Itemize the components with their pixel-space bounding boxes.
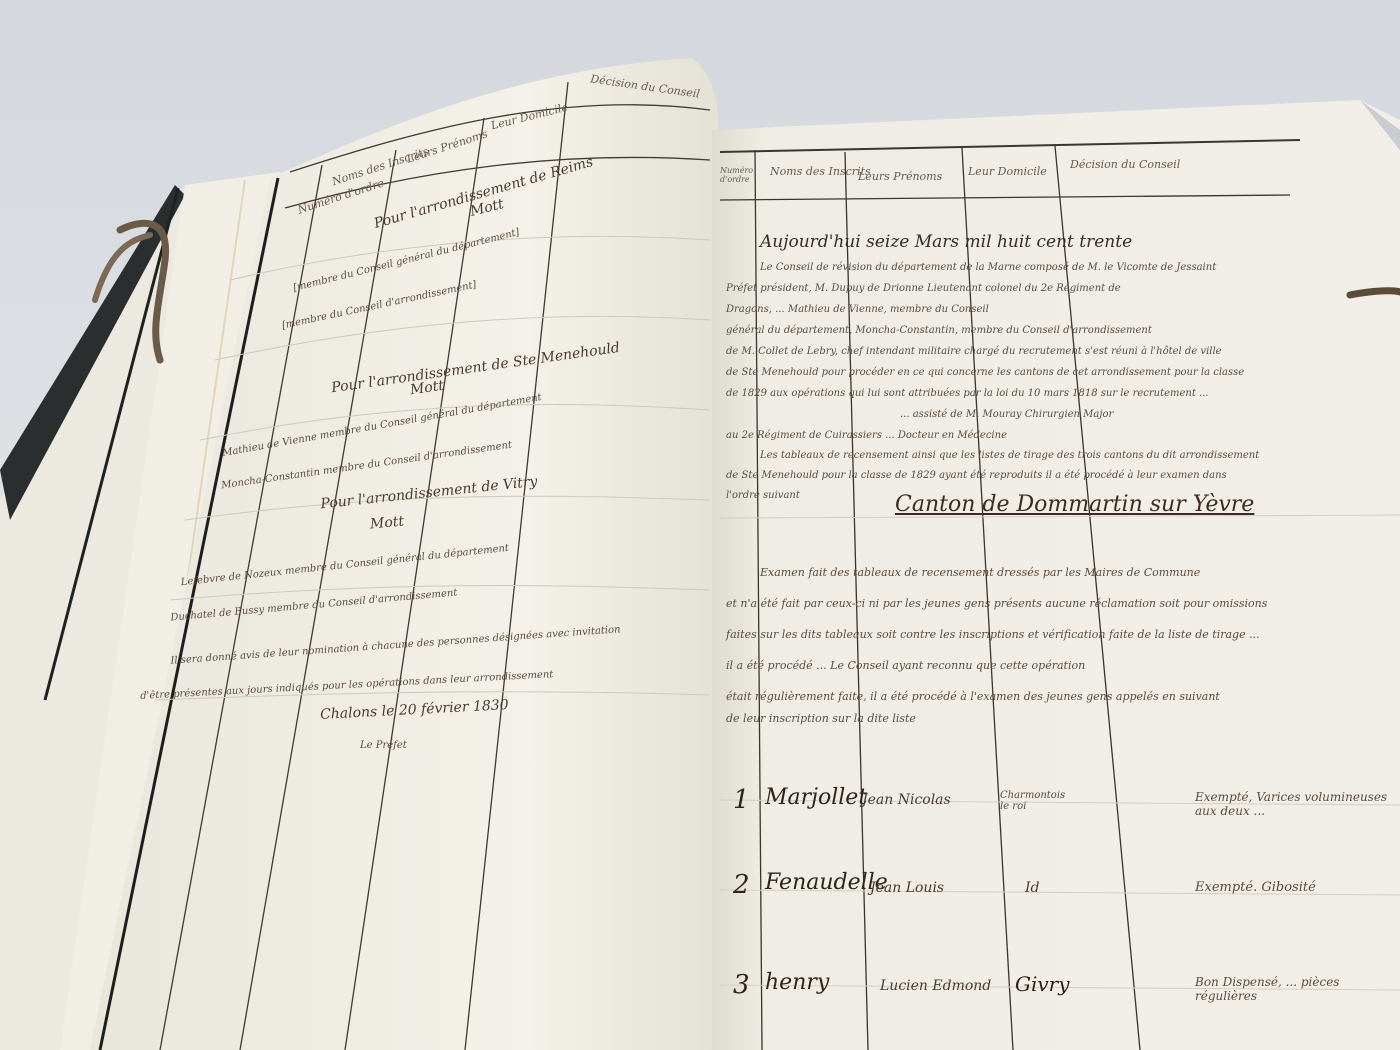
entry-prenoms: Lucien Edmond [880, 978, 991, 994]
entry-domicile: Givry [1015, 972, 1070, 996]
exam-line: était régulièrement faite, il a été proc… [726, 690, 1220, 703]
intro-line: général du département, Moncha-Constanti… [726, 325, 1152, 336]
intro-line: l'ordre suivant [726, 490, 800, 501]
intro-line: de Ste Menehould pour la classe de 1829 … [726, 470, 1227, 481]
book-illustration [0, 0, 1400, 1050]
entry-decision: Bon Dispensé, ... pièces régulières [1195, 975, 1400, 1003]
exam-line: il a été procédé ... Le Conseil ayant re… [726, 659, 1085, 672]
right-header-numero: Numéro d'ordre [720, 166, 754, 184]
right-header-noms: Noms des Inscrits [770, 165, 871, 178]
exam-line: et n'a été fait par ceux-ci ni par les j… [726, 597, 1267, 610]
left-signature: Le Préfet [360, 740, 407, 751]
intro-line: Les tableaux de recensement ainsi que le… [760, 450, 1259, 461]
photo-scene: Numéro d'ordre Noms des Inscrits Leurs P… [0, 0, 1400, 1050]
intro-line: Dragons, ... Mathieu de Vienne, membre d… [726, 304, 989, 315]
intro-line: de 1829 aux opérations qui lui sont attr… [726, 388, 1209, 399]
intro-line: de Ste Menehould pour procéder en ce qui… [726, 367, 1244, 378]
entry-decision: Exempté. Gibosité [1195, 880, 1316, 895]
entry-nom: henry [765, 970, 829, 995]
intro-line: Le Conseil de révision du département de… [760, 262, 1216, 273]
entry-domicile: Id [1025, 880, 1040, 896]
entry-nom: Marjollet [765, 785, 867, 810]
exam-line: Examen fait des tableaux de recensement … [760, 566, 1200, 579]
intro-line: Préfet président, M. Dupuy de Drionne Li… [726, 283, 1121, 294]
entry-number: 2 [733, 870, 750, 900]
intro-line: de M. Collet de Lebry, chef intendant mi… [726, 346, 1222, 357]
exam-line: de leur inscription sur la dite liste [726, 712, 916, 725]
canton-heading: Canton de Dommartin sur Yèvre [895, 492, 1254, 517]
entry-domicile: Charmontois le roi [1000, 790, 1060, 812]
right-header-domicile: Leur Domicile [968, 165, 1047, 178]
entry-prenoms: Jean Nicolas [862, 792, 951, 808]
exam-line: faites sur les dits tableaux soit contre… [726, 628, 1260, 641]
intro-line: au 2e Régiment de Cuirassiers ... Docteu… [726, 430, 1007, 441]
right-header-prenoms: Leurs Prénoms [858, 170, 942, 183]
entry-prenoms: Jean Louis [870, 880, 944, 896]
left-line: Mott [369, 514, 404, 533]
entry-decision: Exempté, Varices volumineuses aux deux .… [1195, 790, 1400, 818]
entry-number: 3 [733, 970, 750, 1000]
entry-number: 1 [733, 785, 750, 815]
intro-line: ... assisté de M. Mouray Chirurgien Majo… [900, 409, 1113, 420]
intro-heading: Aujourd'hui seize Mars mil huit cent tre… [760, 232, 1132, 252]
right-header-decision: Décision du Conseil [1070, 158, 1180, 171]
